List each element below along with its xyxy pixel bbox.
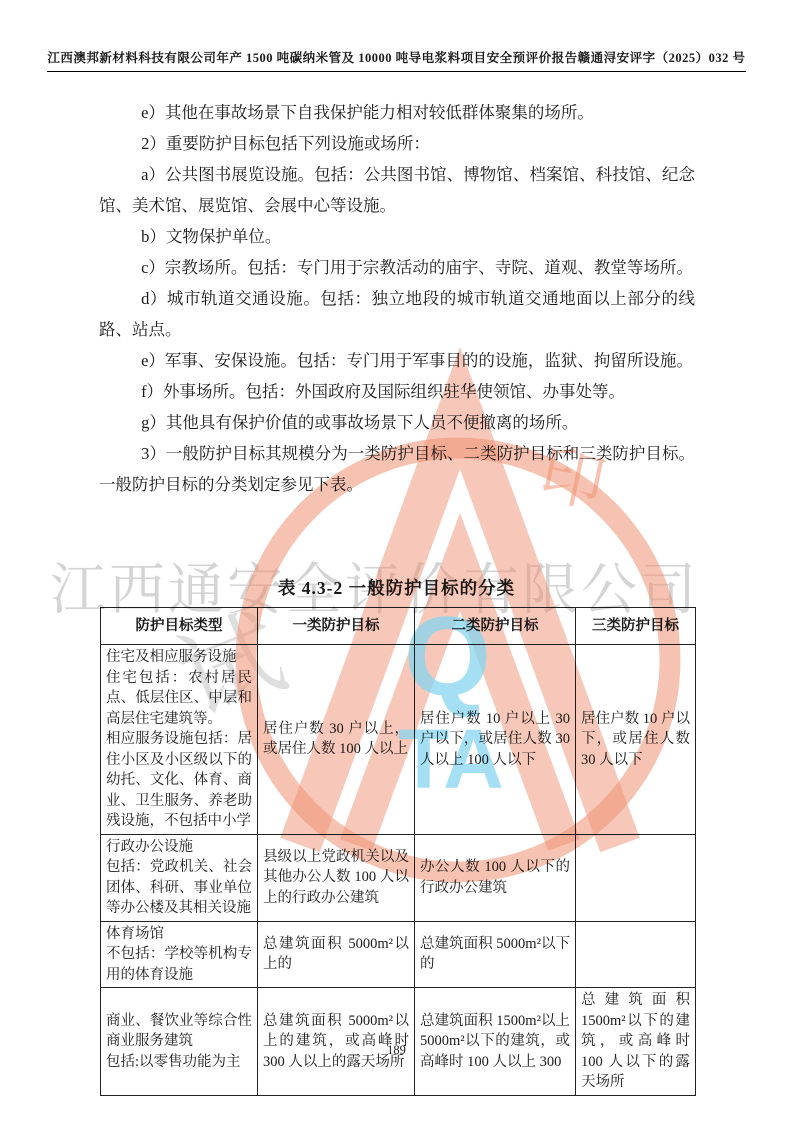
table-row: 住宅及相应服务设施 住宅包括：农村居民点、低层住区、中层和高层住宅建筑等。 相应… — [101, 645, 696, 835]
protection-target-table: 防护目标类型 一类防护目标 二类防护目标 三类防护目标 住宅及相应服务设施 住宅… — [100, 607, 696, 1096]
column-header-target-type: 防护目标类型 — [101, 608, 258, 645]
cell-commercial-type: 商业、餐饮业等综合性商业服务建筑 包括:以零售功能为主 — [101, 988, 258, 1096]
paragraph-2: 2）重要防护目标包括下列设施或场所： — [99, 128, 695, 159]
table-header-row: 防护目标类型 一类防护目标 二类防护目标 三类防护目标 — [101, 608, 696, 645]
table-row: 行政办公设施 包括：党政机关、社会团体、科研、事业单位等办公楼及其相关设施 县级… — [101, 834, 696, 921]
paragraph-a: a）公共图书展览设施。包括：公共图书馆、博物馆、档案馆、科技馆、纪念馆、美术馆、… — [99, 159, 695, 221]
document-page: 江西澳邦新材料科技有限公司年产 1500 吨碳纳米管及 10000 吨导电浆料项… — [0, 0, 793, 1122]
column-header-class1: 一类防护目标 — [258, 608, 415, 645]
page-number: 189 — [0, 1043, 793, 1058]
paragraph-b: b）文物保护单位。 — [99, 221, 695, 252]
cell-admin-class3 — [576, 834, 696, 921]
cell-residential-class2: 居住户数 10 户以上 30 户以下，或居住人数 30 人以上 100 人以下 — [415, 645, 576, 835]
paragraph-e1: e）其他在事故场景下自我保护能力相对较低群体聚集的场所。 — [99, 97, 695, 128]
cell-stadium-class2: 总建筑面积 5000m²以下的 — [415, 921, 576, 988]
cell-stadium-class1: 总建筑面积 5000m²以上的 — [258, 921, 415, 988]
cell-stadium-class3 — [576, 921, 696, 988]
paragraph-d: d）城市轨道交通设施。包括：独立地段的城市轨道交通地面以上部分的线路、站点。 — [99, 283, 695, 345]
paragraph-f: f）外事场所。包括：外国政府及国际组织驻华使领馆、办事处等。 — [99, 376, 695, 407]
paragraph-3: 3）一般防护目标其规模分为一类防护目标、二类防护目标和三类防护目标。一般防护目标… — [99, 438, 695, 500]
column-header-class3: 三类防护目标 — [576, 608, 696, 645]
document-header: 江西澳邦新材料科技有限公司年产 1500 吨碳纳米管及 10000 吨导电浆料项… — [0, 48, 793, 72]
cell-admin-class1: 县级以上党政机关以及其他办公人数 100 人以上的行政办公建筑 — [258, 834, 415, 921]
cell-commercial-class1: 总建筑面积 5000m²以上的建筑，或高峰时 300 人以上的露天场所 — [258, 988, 415, 1096]
cell-stadium-type: 体育场馆 不包括：学校等机构专用的体育设施 — [101, 921, 258, 988]
paragraph-e2: e）军事、安保设施。包括：专门用于军事目的的设施，监狱、拘留所设施。 — [99, 345, 695, 376]
table-caption: 表 4.3-2 一般防护目标的分类 — [0, 575, 793, 600]
document-body: e）其他在事故场景下自我保护能力相对较低群体聚集的场所。 2）重要防护目标包括下… — [99, 97, 695, 500]
column-header-class2: 二类防护目标 — [415, 608, 576, 645]
table-row: 商业、餐饮业等综合性商业服务建筑 包括:以零售功能为主 总建筑面积 5000m²… — [101, 988, 696, 1096]
paragraph-g: g）其他具有保护价值的或事故场景下人员不便撤离的场所。 — [99, 407, 695, 438]
cell-commercial-class3: 总建筑面积 1500m²以下的建筑，或高峰时 100 人以下的露天场所 — [576, 988, 696, 1096]
cell-residential-type: 住宅及相应服务设施 住宅包括：农村居民点、低层住区、中层和高层住宅建筑等。 相应… — [101, 645, 258, 835]
paragraph-c: c）宗教场所。包括：专门用于宗教活动的庙宇、寺院、道观、教堂等场所。 — [99, 252, 695, 283]
cell-commercial-class2: 总建筑面积 1500m²以上 5000m²以下的建筑，或高峰时 100 人以上 … — [415, 988, 576, 1096]
cell-admin-class2: 办公人数 100 人以下的行政办公建筑 — [415, 834, 576, 921]
cell-residential-class3: 居住户数 10 户以下，或居住人数 30 人以下 — [576, 645, 696, 835]
table-row: 体育场馆 不包括：学校等机构专用的体育设施 总建筑面积 5000m²以上的 总建… — [101, 921, 696, 988]
cell-residential-class1: 居住户数 30 户以上，或居住人数 100 人以上 — [258, 645, 415, 835]
document-header-title: 江西澳邦新材料科技有限公司年产 1500 吨碳纳米管及 10000 吨导电浆料项… — [47, 48, 745, 72]
cell-admin-type: 行政办公设施 包括：党政机关、社会团体、科研、事业单位等办公楼及其相关设施 — [101, 834, 258, 921]
